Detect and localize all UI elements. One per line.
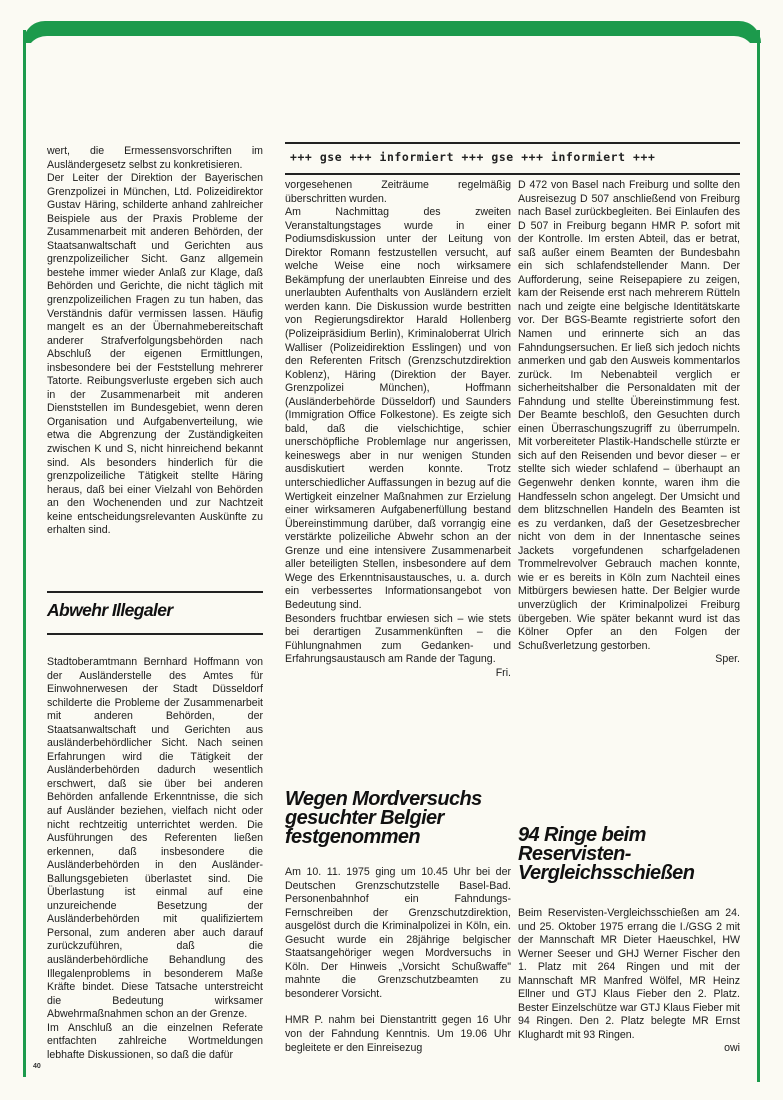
divider xyxy=(47,591,263,593)
column-3-article: Beim Reservisten-Vergleichsschießen am 2… xyxy=(518,907,740,1056)
divider xyxy=(285,142,740,144)
paragraph: Am Nachmittag des zweiten Veranstaltungs… xyxy=(285,206,511,612)
paragraph: wert, die Ermessensvorschriften im Auslä… xyxy=(47,145,263,172)
green-frame-left xyxy=(23,30,26,1077)
paragraph: Am 10. 11. 1975 ging um 10.45 Uhr bei de… xyxy=(285,866,511,1001)
signature: owi xyxy=(518,1042,740,1056)
divider xyxy=(285,173,740,175)
article-heading-mordversuch: Wegen Mordversuchs gesuchter Belgier fes… xyxy=(285,790,515,847)
column-1-section: Stadtoberamtmann Bernhard Hoffmann von d… xyxy=(47,656,263,1062)
green-frame-right xyxy=(757,30,760,1082)
page-number: 40 xyxy=(33,1063,41,1070)
section-heading-abwehr-illegaler: Abwehr Illegaler xyxy=(47,600,173,621)
paragraph: Beim Reservisten-Vergleichsschießen am 2… xyxy=(518,907,740,1042)
paragraph: vorgesehenen Zeiträume regelmäßig übersc… xyxy=(285,179,511,206)
paragraph: Im Anschluß an die einzelnen Referate en… xyxy=(47,1022,263,1063)
column-2-article: Am 10. 11. 1975 ging um 10.45 Uhr bei de… xyxy=(285,866,511,1055)
paragraph: D 472 von Basel nach Freiburg und sollte… xyxy=(518,179,740,653)
paragraph: Stadtoberamtmann Bernhard Hoffmann von d… xyxy=(47,656,263,1022)
column-2: vorgesehenen Zeiträume regelmäßig übersc… xyxy=(285,179,511,680)
paragraph: Besonders fruchtbar erwiesen sich – wie … xyxy=(285,613,511,667)
paragraph: HMR P. nahm bei Dienstantritt gegen 16 U… xyxy=(285,1014,511,1055)
frame-inner-cutout xyxy=(25,36,756,76)
paragraph: Der Leiter der Direktion der Bayerischen… xyxy=(47,172,263,538)
signature: Sper. xyxy=(518,653,740,667)
signature: Fri. xyxy=(285,667,511,681)
divider xyxy=(47,633,263,635)
column-1: wert, die Ermessensvorschriften im Auslä… xyxy=(47,145,263,538)
ticker-banner: +++ gse +++ informiert +++ gse +++ infor… xyxy=(290,150,745,164)
column-3: D 472 von Basel nach Freiburg und sollte… xyxy=(518,179,740,667)
article-heading-94-ringe: 94 Ringe beim Reservisten-Vergleichsschi… xyxy=(518,826,748,883)
